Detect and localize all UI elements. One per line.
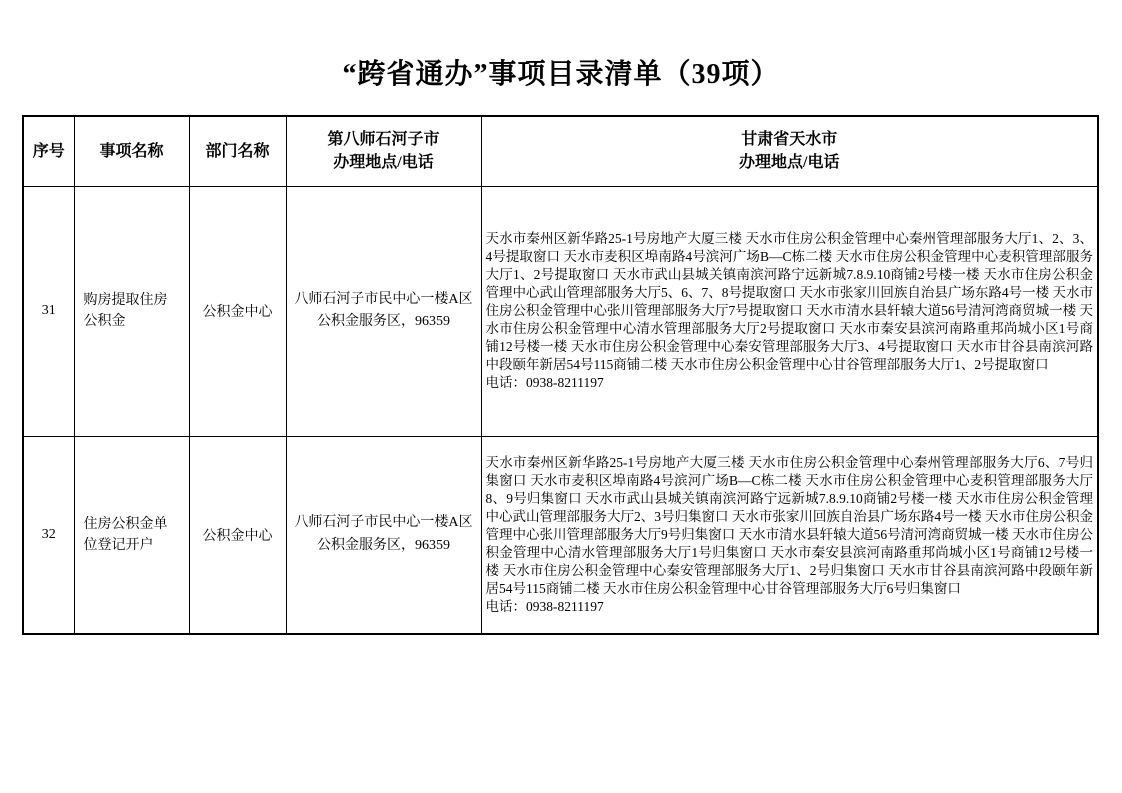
col-header-seq: 序号: [23, 116, 74, 186]
col-header-department: 部门名称: [189, 116, 286, 186]
cell-item-name: 购房提取住房公积金: [74, 186, 189, 436]
items-table: 序号 事项名称 部门名称 第八师石河子市 办理地点/电话 甘肃省天水市 办理地点…: [22, 115, 1099, 635]
tianshui-address-text: 天水市秦州区新华路25-1号房地产大厦三楼 天水市住房公积金管理中心秦州管理部服…: [486, 230, 1094, 374]
tianshui-address-text: 天水市秦州区新华路25-1号房地产大厦三楼 天水市住房公积金管理中心秦州管理部服…: [486, 454, 1094, 598]
cell-item-name: 住房公积金单位登记开户: [74, 436, 189, 634]
col-header-shihezi-location: 第八师石河子市 办理地点/电话: [286, 116, 481, 186]
table-row-31: 31 购房提取住房公积金 公积金中心 八师石河子市民中心一楼A区公积金服务区，9…: [23, 186, 1098, 436]
document-page: “跨省通办”事项目录清单（39项） 序号 事项名称 部门名称 第八师石河子市 办…: [0, 0, 1122, 793]
table-row-32: 32 住房公积金单位登记开户 公积金中心 八师石河子市民中心一楼A区公积金服务区…: [23, 436, 1098, 634]
tianshui-phone-text: 电话：0938-8211197: [486, 598, 1094, 616]
col-header-item-name: 事项名称: [74, 116, 189, 186]
document-title: “跨省通办”事项目录清单（39项）: [0, 52, 1122, 92]
cell-department: 公积金中心: [189, 186, 286, 436]
cell-shihezi-location: 八师石河子市民中心一楼A区公积金服务区，96359: [286, 436, 481, 634]
cell-seq: 31: [23, 186, 74, 436]
col-header-tianshui-location: 甘肃省天水市 办理地点/电话: [481, 116, 1098, 186]
cell-seq: 32: [23, 436, 74, 634]
cell-shihezi-location: 八师石河子市民中心一楼A区公积金服务区，96359: [286, 186, 481, 436]
cell-department: 公积金中心: [189, 436, 286, 634]
cell-tianshui-location: 天水市秦州区新华路25-1号房地产大厦三楼 天水市住房公积金管理中心秦州管理部服…: [481, 186, 1098, 436]
tianshui-phone-text: 电话：0938-8211197: [486, 374, 1094, 392]
cell-tianshui-location: 天水市秦州区新华路25-1号房地产大厦三楼 天水市住房公积金管理中心秦州管理部服…: [481, 436, 1098, 634]
table-header-row: 序号 事项名称 部门名称 第八师石河子市 办理地点/电话 甘肃省天水市 办理地点…: [23, 116, 1098, 186]
